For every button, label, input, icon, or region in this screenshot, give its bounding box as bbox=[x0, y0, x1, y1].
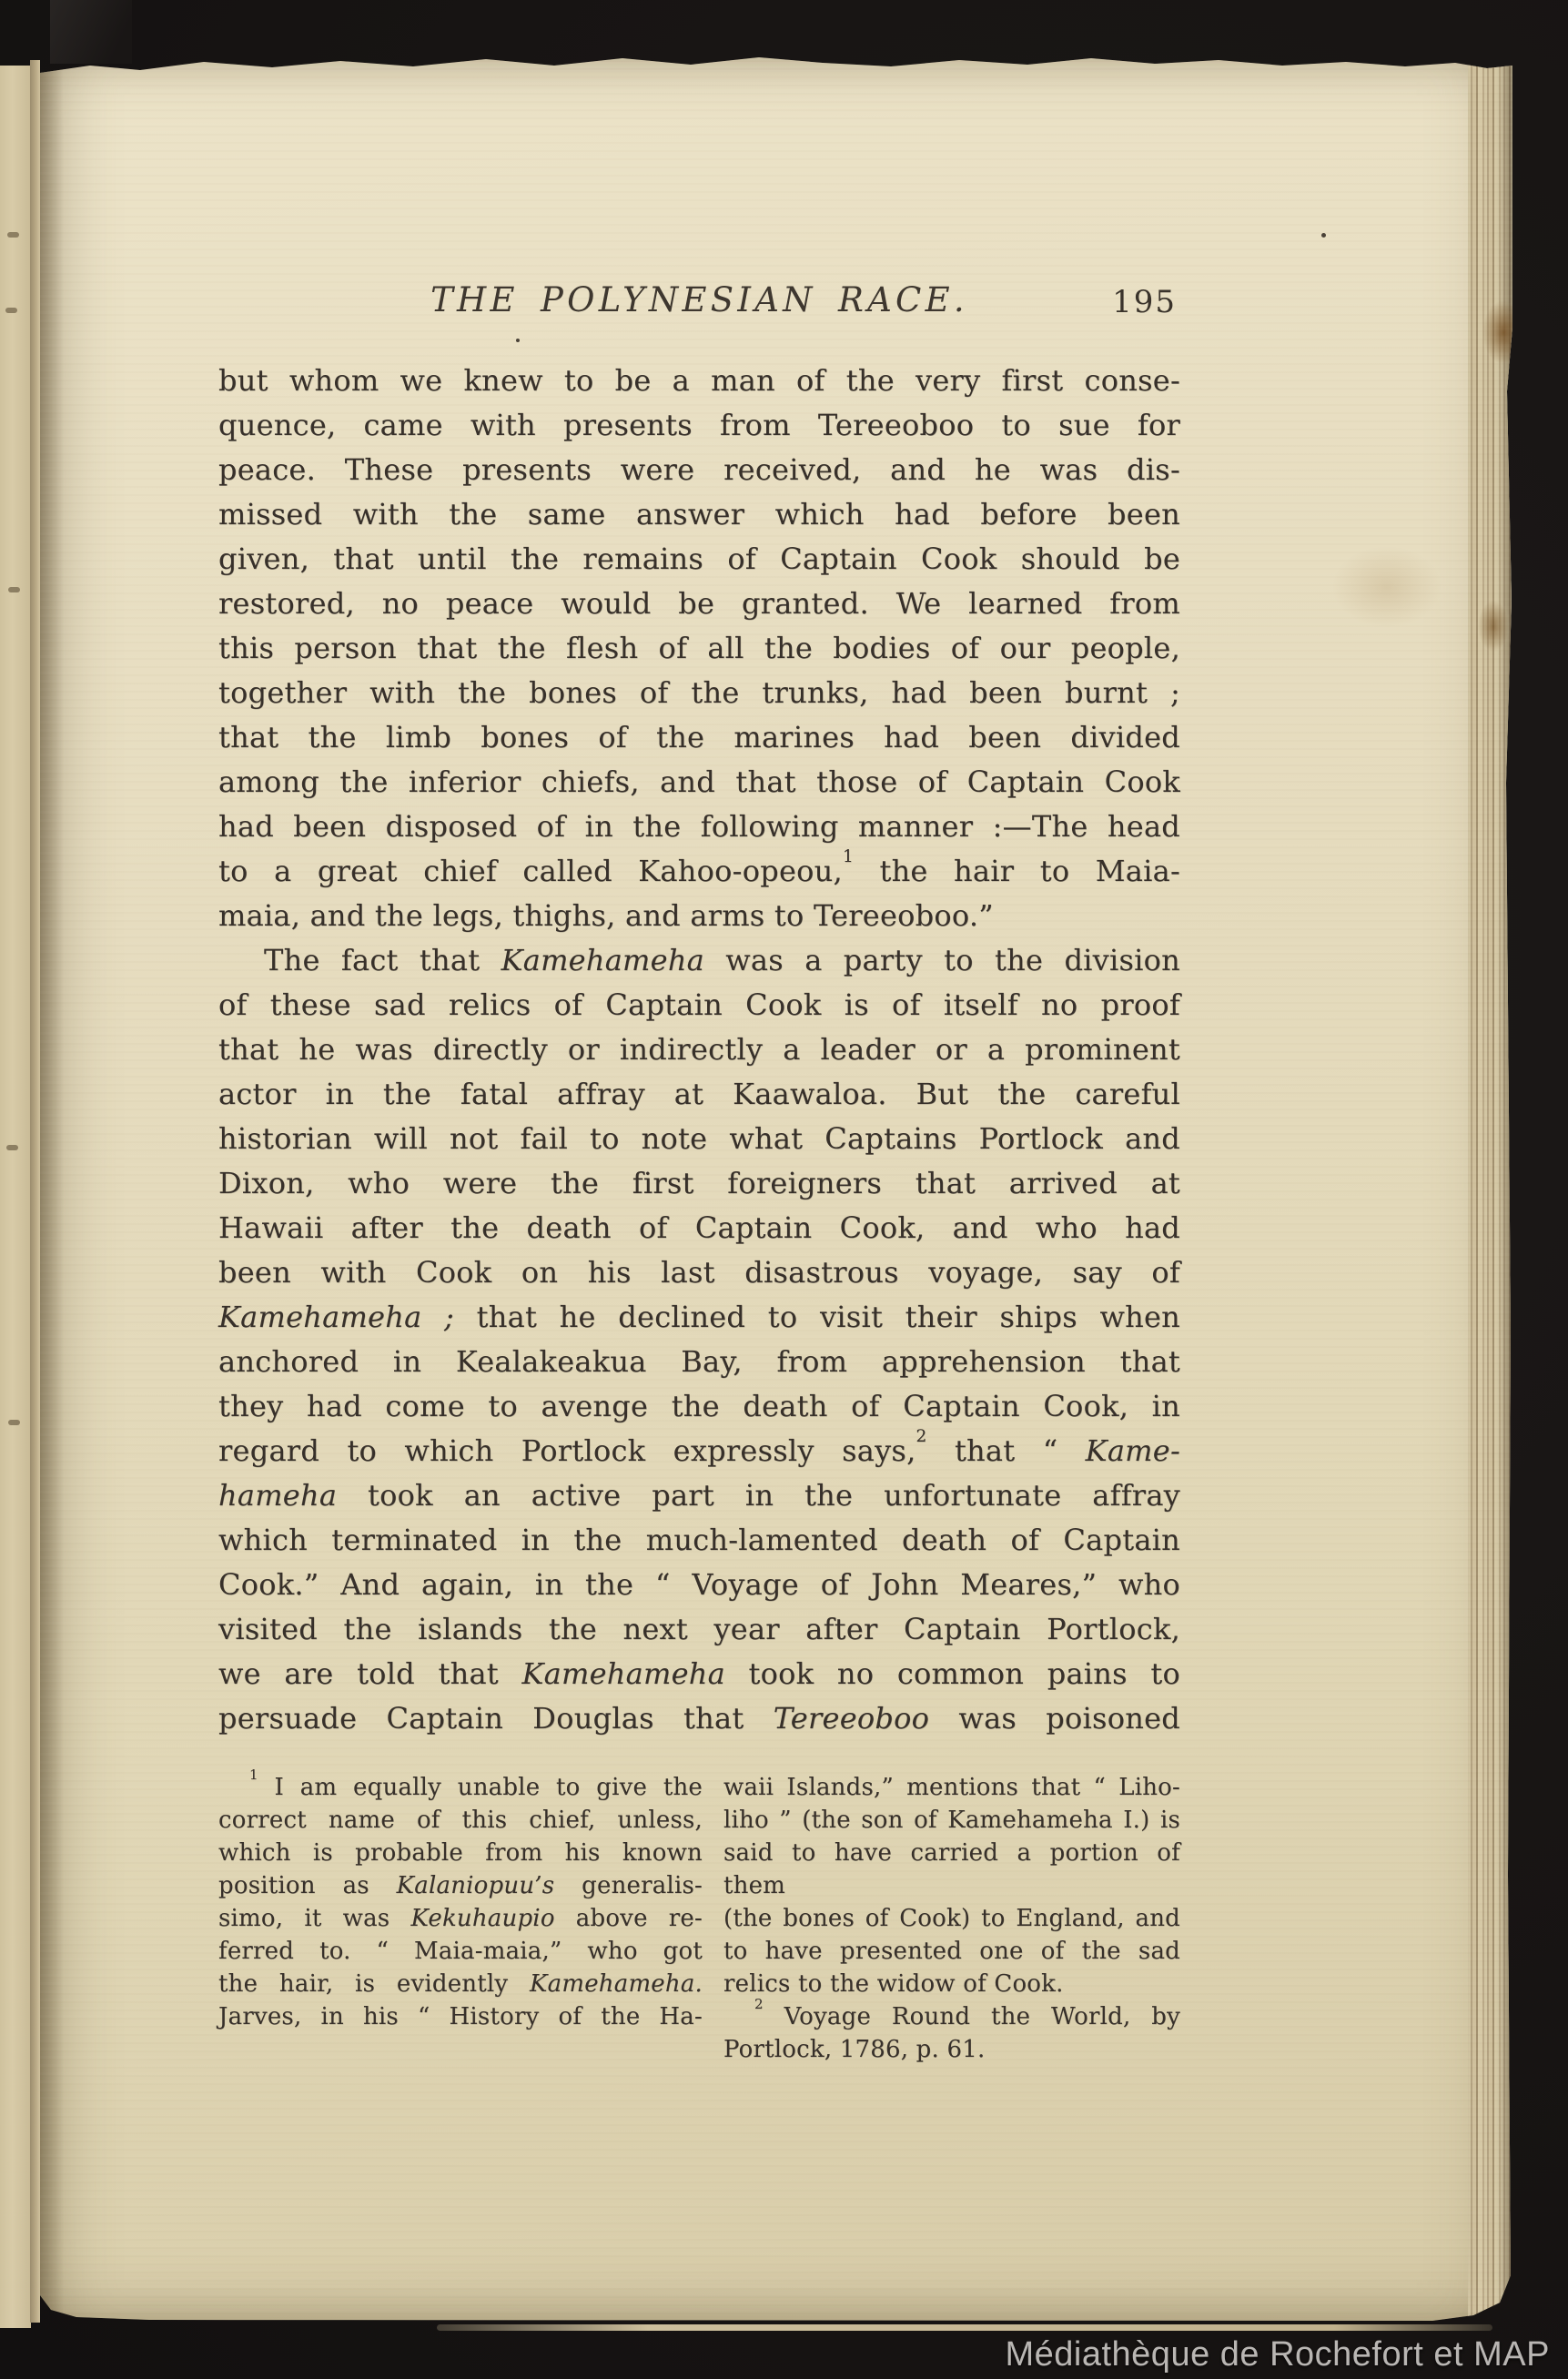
text-run: Jarves, in his “ History of the Ha- bbox=[218, 2003, 703, 2030]
text-line: Hawaii after the death of Captain Cook, … bbox=[218, 1206, 1180, 1250]
text-run: missed with the same answer which had be… bbox=[218, 497, 1180, 531]
text-run: together with the bones of the trunks, h… bbox=[218, 675, 1180, 710]
text-run: Hawaii after the death of Captain Cook, … bbox=[218, 1210, 1180, 1245]
text-run: anchored in Kealakeakua Bay, from appreh… bbox=[218, 1344, 1180, 1379]
text-line: waii Islands,” mentions that “ Liho- bbox=[723, 1771, 1180, 1804]
page-title: THE POLYNESIAN RACE. bbox=[218, 280, 1180, 319]
text-run: historian will not fail to note what Cap… bbox=[218, 1121, 1180, 1156]
text-line: The fact that Kamehameha was a party to … bbox=[218, 938, 1180, 983]
text-run: was poisoned bbox=[929, 1701, 1180, 1736]
text-line: Portlock, 1786, p. 61. bbox=[723, 2033, 1180, 2066]
text-run: they had come to avenge the death of Cap… bbox=[218, 1389, 1180, 1423]
text-run: waii Islands,” mentions that “ Liho- bbox=[723, 1774, 1180, 1801]
text-run: which terminated in the much-lamented de… bbox=[218, 1523, 1180, 1557]
paper-stain bbox=[1332, 546, 1442, 628]
text-line: (the bones of Cook) to England, and bbox=[723, 1902, 1180, 1935]
italic-text: hameha bbox=[218, 1478, 337, 1513]
text-line: of these sad relics of Captain Cook is o… bbox=[218, 983, 1180, 1028]
footnote-reference: 1 bbox=[249, 1767, 258, 1783]
text-run: simo, it was bbox=[218, 1905, 410, 1932]
text-line: peace. These presents were received, and… bbox=[218, 448, 1180, 492]
body-text: but whom we knew to be a man of the very… bbox=[218, 359, 1180, 1741]
footnote-reference: 2 bbox=[916, 1427, 927, 1446]
footnote-reference: 2 bbox=[754, 1996, 764, 2012]
paper-speck bbox=[1321, 233, 1326, 238]
text-line: to have presented one of the sad bbox=[723, 1935, 1180, 1968]
italic-text: Kamehameha ; bbox=[218, 1300, 454, 1334]
text-run: that he declined to visit their ships wh… bbox=[454, 1300, 1180, 1334]
text-line: relics to the widow of Cook. bbox=[723, 1968, 1180, 2000]
text-run: The fact that bbox=[264, 943, 501, 977]
text-line: the hair, is evidently Kamehameha. bbox=[218, 1968, 703, 2000]
text-run: regard to which Portlock expressly says, bbox=[218, 1433, 916, 1468]
text-line: that the limb bones of the marines had b… bbox=[218, 715, 1180, 760]
fore-edge-mark bbox=[8, 587, 20, 592]
text-line: Dixon, who were the first foreigners tha… bbox=[218, 1161, 1180, 1206]
text-run: restored, no peace would be granted. We … bbox=[218, 586, 1180, 621]
text-run: said to have carried a portion of them bbox=[723, 1839, 1180, 1899]
text-run: position as bbox=[218, 1872, 397, 1899]
italic-text: Kamehameha bbox=[501, 943, 704, 977]
page-number: 195 bbox=[1112, 284, 1177, 320]
text-run: the hair, is evidently bbox=[218, 1970, 530, 1998]
text-run: Voyage Round the World, by bbox=[764, 2003, 1180, 2030]
facing-pages-fore-edge bbox=[0, 66, 31, 2328]
text-run: correct name of this chief, unless, bbox=[218, 1807, 703, 1834]
fore-edge-mark bbox=[6, 1145, 18, 1150]
text-run: maia, and the legs, thighs, and arms to … bbox=[218, 898, 994, 933]
text-run: generalis- bbox=[554, 1872, 703, 1899]
page-stack-fore-edge bbox=[1468, 55, 1512, 2323]
italic-text: Tereeoboo bbox=[774, 1701, 930, 1736]
text-run: given, that until the remains of Captain… bbox=[218, 542, 1180, 576]
text-run: we are told that bbox=[218, 1656, 522, 1691]
text-run: visited the islands the next year after … bbox=[218, 1612, 1180, 1646]
text-run: that the limb bones of the marines had b… bbox=[218, 720, 1180, 754]
text-run: quence, came with presents from Tereeobo… bbox=[218, 408, 1180, 442]
text-run: had been disposed of in the following ma… bbox=[218, 809, 1180, 844]
text-line: given, that until the remains of Captain… bbox=[218, 537, 1180, 582]
text-line: correct name of this chief, unless, bbox=[218, 1804, 703, 1837]
text-line: been with Cook on his last disastrous vo… bbox=[218, 1250, 1180, 1295]
text-run: Cook.” And again, in the “ Voyage of Joh… bbox=[218, 1567, 1180, 1602]
text-line: maia, and the legs, thighs, and arms to … bbox=[218, 894, 1180, 938]
footnote-column-right: waii Islands,” mentions that “ Liho-liho… bbox=[723, 1771, 1180, 2066]
text-line: restored, no peace would be granted. We … bbox=[218, 582, 1180, 626]
text-run: relics to the widow of Cook. bbox=[723, 1970, 1064, 1998]
text-line: which terminated in the much-lamented de… bbox=[218, 1518, 1180, 1563]
footnote-reference: 1 bbox=[843, 847, 854, 866]
text-line: to a great chief called Kahoo-opeou,1 th… bbox=[218, 849, 1180, 894]
text-run: took an active part in the unfortunate a… bbox=[337, 1478, 1180, 1513]
text-run: (the bones of Cook) to England, and bbox=[723, 1905, 1180, 1932]
text-run: been with Cook on his last disastrous vo… bbox=[218, 1255, 1180, 1290]
fore-edge-mark bbox=[5, 308, 17, 313]
text-line: visited the islands the next year after … bbox=[218, 1607, 1180, 1652]
text-line: anchored in Kealakeakua Bay, from appreh… bbox=[218, 1340, 1180, 1384]
italic-text: Kalaniopuu’s bbox=[397, 1872, 555, 1899]
backdrop-sheen bbox=[50, 0, 132, 64]
text-line: which is probable from his known bbox=[218, 1837, 703, 1869]
text-line: we are told that Kamehameha took no comm… bbox=[218, 1652, 1180, 1696]
text-line: quence, came with presents from Tereeobo… bbox=[218, 403, 1180, 448]
text-run: that “ bbox=[927, 1433, 1086, 1468]
text-run: above re- bbox=[555, 1905, 703, 1932]
text-run: among the inferior chiefs, and that thos… bbox=[218, 764, 1180, 799]
italic-text: Kekuhaupio bbox=[410, 1905, 554, 1932]
text-line: together with the bones of the trunks, h… bbox=[218, 671, 1180, 715]
text-line: hameha took an active part in the unfort… bbox=[218, 1473, 1180, 1518]
text-line: ferred to. “ Maia-maia,” who got bbox=[218, 1935, 703, 1968]
text-line: among the inferior chiefs, and that thos… bbox=[218, 760, 1180, 805]
text-line: persuade Captain Douglas that Tereeoboo … bbox=[218, 1696, 1180, 1741]
text-line: historian will not fail to note what Cap… bbox=[218, 1117, 1180, 1161]
text-line: Cook.” And again, in the “ Voyage of Joh… bbox=[218, 1563, 1180, 1607]
text-line: 2 Voyage Round the World, by bbox=[723, 2000, 1180, 2033]
text-run: was a party to the division bbox=[704, 943, 1180, 977]
fore-edge-mark bbox=[8, 1420, 20, 1425]
text-run: ferred to. “ Maia-maia,” who got bbox=[218, 1938, 703, 1965]
page-stack-crease bbox=[30, 60, 40, 2323]
italic-text: Kamehameha. bbox=[530, 1970, 703, 1998]
text-run: that he was directly or indirectly a lea… bbox=[218, 1032, 1180, 1067]
text-run: to have presented one of the sad bbox=[723, 1938, 1180, 1965]
running-header: THE POLYNESIAN RACE. 195 bbox=[218, 280, 1180, 328]
text-run: took no common pains to bbox=[725, 1656, 1180, 1691]
paper-speck bbox=[516, 339, 520, 342]
text-line: they had come to avenge the death of Cap… bbox=[218, 1384, 1180, 1429]
text-line: had been disposed of in the following ma… bbox=[218, 805, 1180, 849]
text-line: said to have carried a portion of them bbox=[723, 1837, 1180, 1902]
text-run: liho ” (the son of Kamehameha I.) is bbox=[723, 1807, 1180, 1834]
text-line: regard to which Portlock expressly says,… bbox=[218, 1429, 1180, 1473]
text-run: peace. These presents were received, and… bbox=[218, 452, 1180, 487]
text-line: position as Kalaniopuu’s generalis- bbox=[218, 1869, 703, 1902]
text-run: this person that the flesh of all the bo… bbox=[218, 631, 1180, 665]
text-line: actor in the fatal affray at Kaawaloa. B… bbox=[218, 1072, 1180, 1117]
text-line: but whom we knew to be a man of the very… bbox=[218, 359, 1180, 403]
text-line: that he was directly or indirectly a lea… bbox=[218, 1028, 1180, 1072]
text-run: Portlock, 1786, p. 61. bbox=[723, 2036, 985, 2063]
text-run: of these sad relics of Captain Cook is o… bbox=[218, 987, 1180, 1022]
text-run: Dixon, who were the first foreigners tha… bbox=[218, 1166, 1180, 1200]
text-line: simo, it was Kekuhaupio above re- bbox=[218, 1902, 703, 1935]
text-run: which is probable from his known bbox=[218, 1839, 703, 1867]
text-line: missed with the same answer which had be… bbox=[218, 492, 1180, 537]
text-line: this person that the flesh of all the bo… bbox=[218, 626, 1180, 671]
italic-text: Kamehameha bbox=[522, 1656, 725, 1691]
fore-edge-mark bbox=[7, 232, 19, 238]
text-line: Jarves, in his “ History of the Ha- bbox=[218, 2000, 703, 2033]
italic-text: Kame- bbox=[1086, 1433, 1180, 1468]
text-line: liho ” (the son of Kamehameha I.) is bbox=[723, 1804, 1180, 1837]
text-run: the hair to Maia- bbox=[854, 854, 1180, 888]
footnote-column-left: 1 I am equally unable to give thecorrect… bbox=[218, 1771, 703, 2033]
text-run: to a great chief called Kahoo-opeou, bbox=[218, 854, 843, 888]
gutter-shadow bbox=[40, 55, 64, 2323]
text-line: 1 I am equally unable to give the bbox=[218, 1771, 703, 1804]
library-watermark: Médiathèque de Rochefort et MAP bbox=[1005, 2335, 1550, 2374]
text-line: Kamehameha ; that he declined to visit t… bbox=[218, 1295, 1180, 1340]
text-run: but whom we knew to be a man of the very… bbox=[218, 363, 1180, 398]
text-run: persuade Captain Douglas that bbox=[218, 1701, 774, 1736]
text-run: actor in the fatal affray at Kaawaloa. B… bbox=[218, 1077, 1180, 1111]
text-run: I am equally unable to give the bbox=[258, 1774, 703, 1801]
bottom-page-edge bbox=[437, 2324, 1492, 2331]
